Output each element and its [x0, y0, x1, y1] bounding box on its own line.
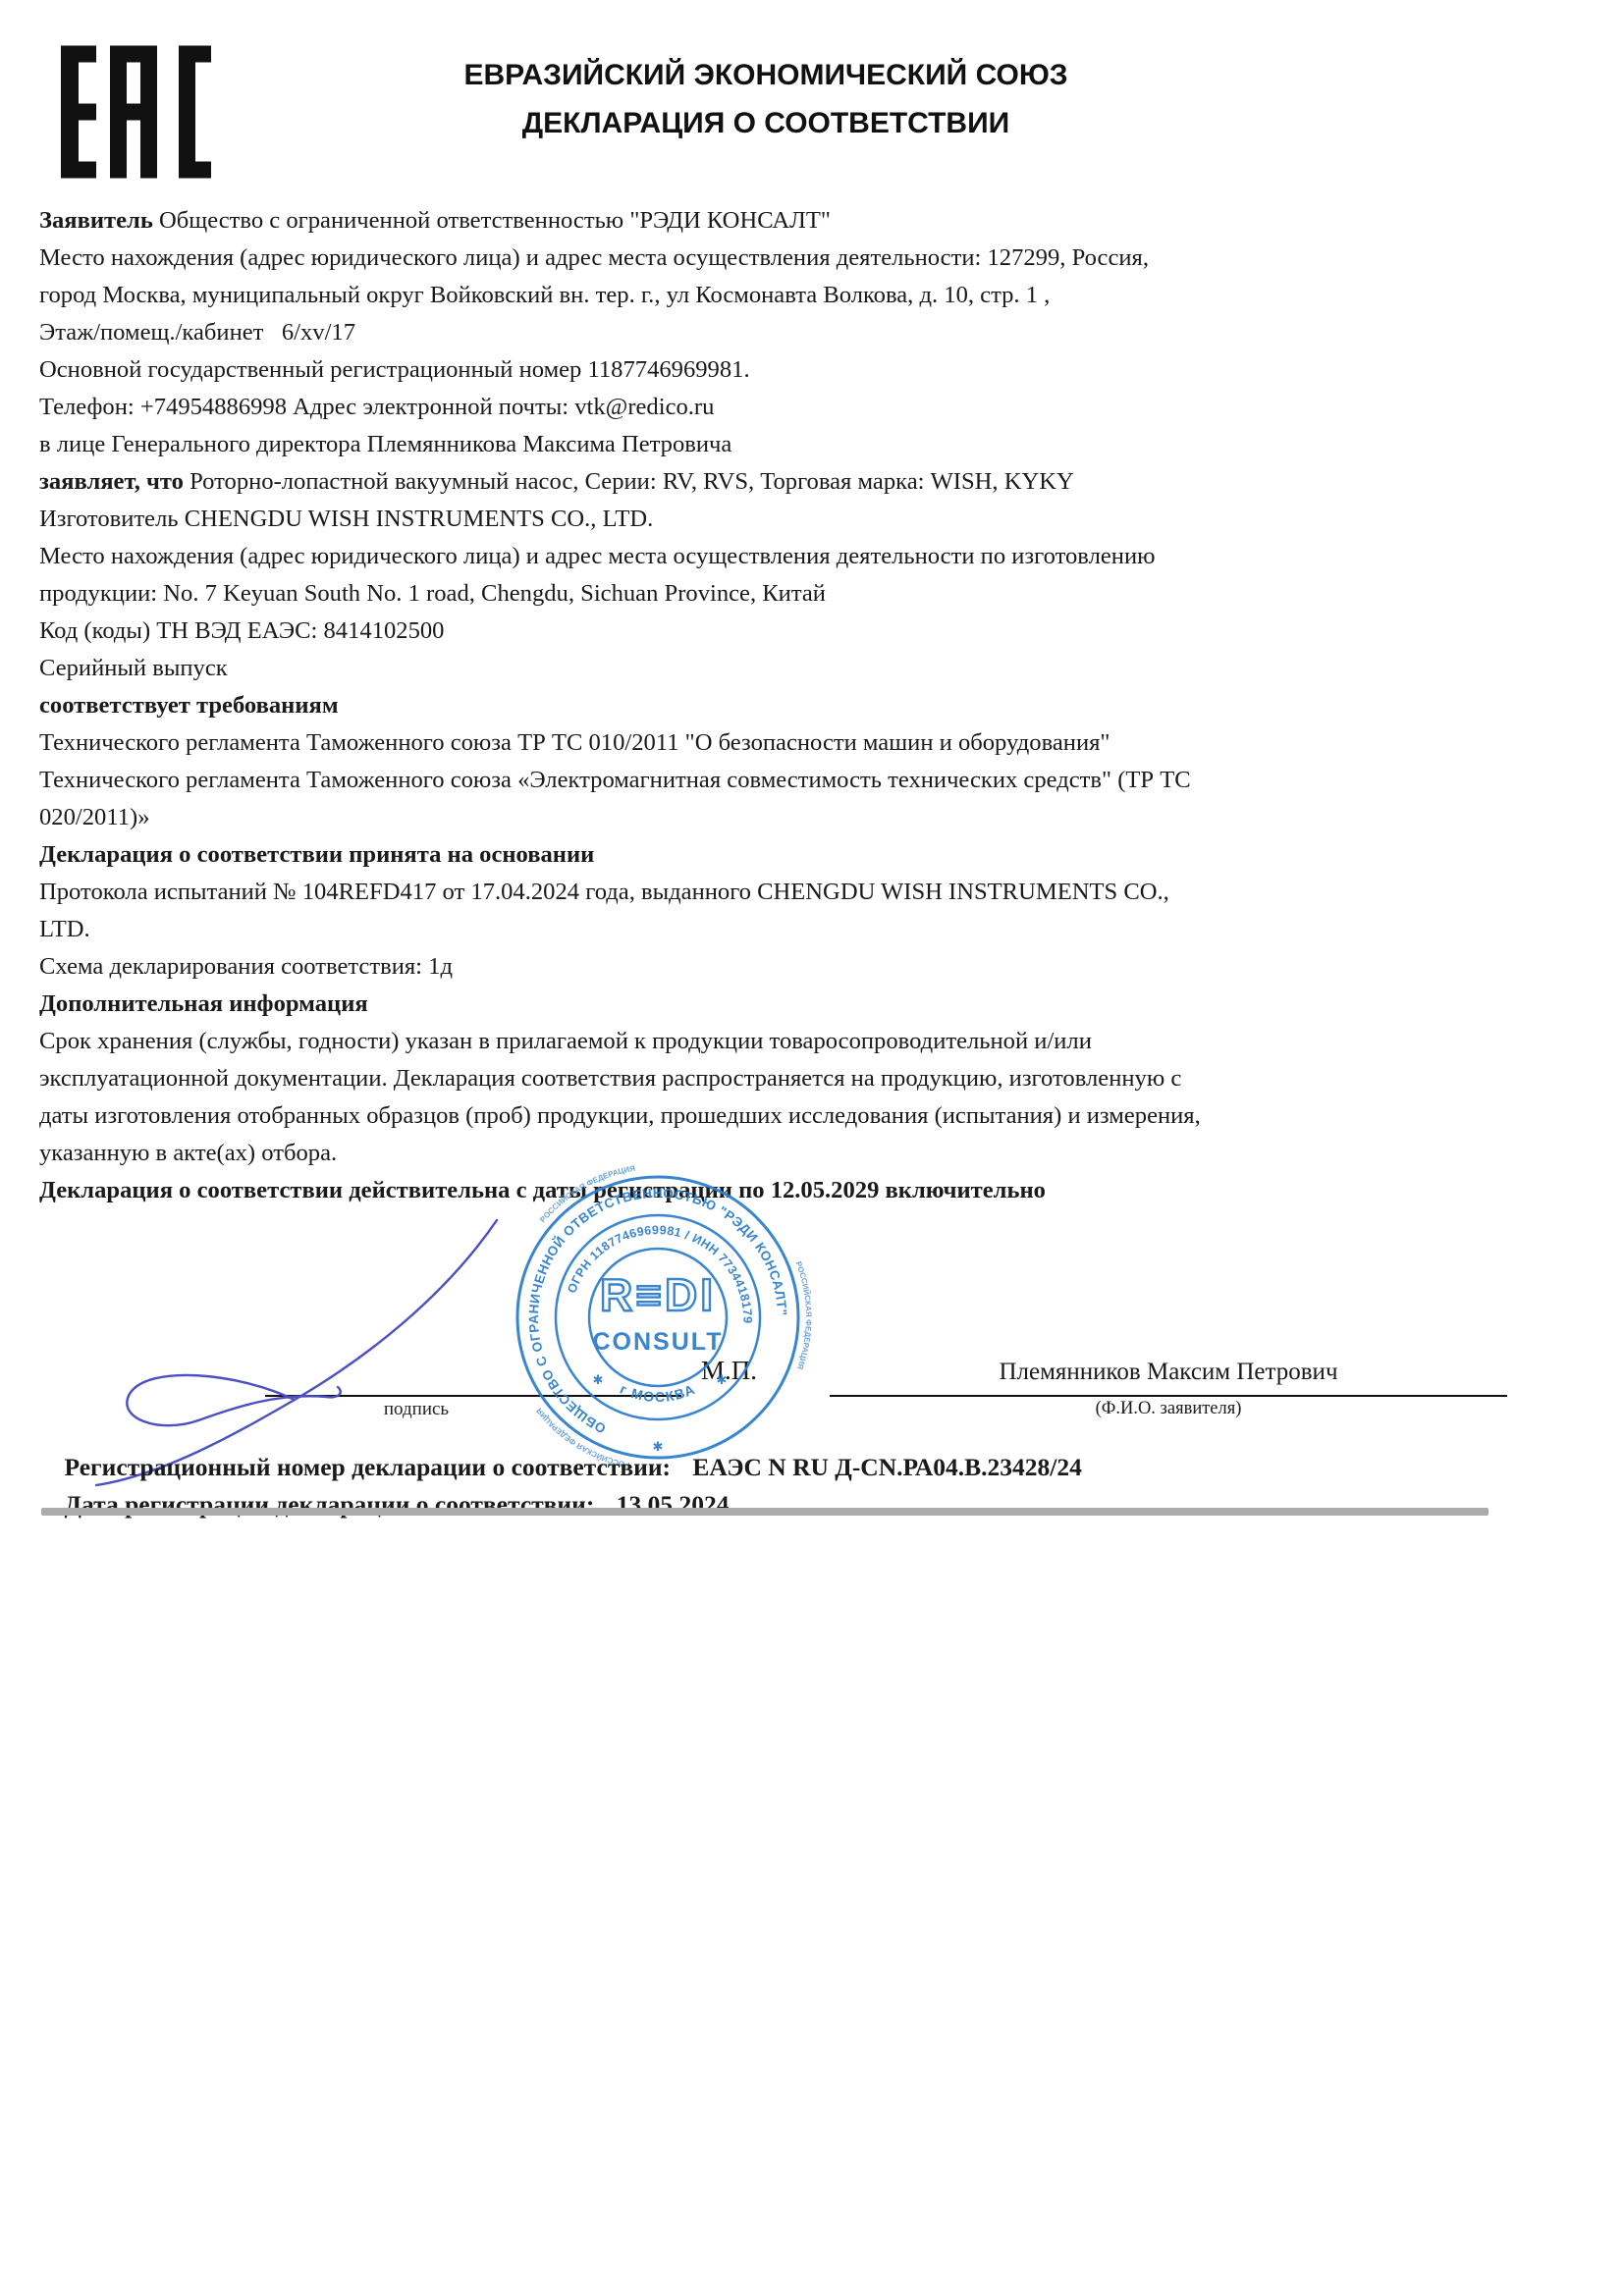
body-line: в лице Генерального директора Племяннико… [39, 426, 1571, 463]
body-line-text: эксплуатационной документации. Деклараци… [39, 1065, 1181, 1092]
body-line: Серийный выпуск [39, 650, 1571, 687]
body-line-text: город Москва, муниципальный округ Войков… [39, 282, 1050, 308]
body-line-lead: Дополнительная информация [39, 990, 368, 1017]
declaration-document: ЕВРАЗИЙСКИЙ ЭКОНОМИЧЕСКИЙ СОЮЗ ДЕКЛАРАЦИ… [0, 0, 1624, 2296]
body-line: LTD. [39, 911, 1571, 948]
body-line-text: Протокола испытаний № 104REFD417 от 17.0… [39, 879, 1169, 905]
body-line: заявляет, что Роторно-лопастной вакуумны… [39, 463, 1571, 501]
body-line: Этаж/помещ./кабинет 6/xv/17 [39, 314, 1571, 351]
body-line-text: Телефон: +74954886998 Адрес электронной … [39, 394, 714, 420]
stamp-city-text: г МОСКВА [618, 1381, 698, 1406]
star-glyph: ✱ [593, 1372, 604, 1387]
body-line-text: Серийный выпуск [39, 655, 228, 681]
body-line: Телефон: +74954886998 Адрес электронной … [39, 389, 1571, 426]
body-line-lead: соответствует требованиям [39, 692, 339, 719]
stamp-outer-ring-text: РОССИЙСКАЯ ФЕДЕРАЦИЯ [794, 1260, 814, 1371]
applicant-name-line [830, 1395, 1507, 1397]
body-line-text: Технического регламента Таможенного союз… [39, 729, 1110, 756]
body-line: Схема декларирования соответствия: 1д [39, 948, 1571, 986]
stamp-logo-redi: R≡DI [600, 1269, 716, 1320]
document-body: Заявитель Общество с ограниченной ответс… [39, 202, 1571, 1209]
body-line: Протокола испытаний № 104REFD417 от 17.0… [39, 874, 1571, 911]
body-line-text: Общество с ограниченной ответственностью… [153, 207, 831, 234]
title-line-declaration: ДЕКЛАРАЦИЯ О СООТВЕТСТВИИ [118, 99, 1414, 147]
bottom-divider [41, 1508, 1489, 1516]
body-line: город Москва, муниципальный округ Войков… [39, 277, 1571, 314]
star-glyph: ✱ [717, 1372, 728, 1387]
body-line-text: Место нахождения (адрес юридического лиц… [39, 244, 1149, 271]
body-line: соответствует требованиям [39, 687, 1571, 724]
body-line: Срок хранения (службы, годности) указан … [39, 1023, 1571, 1060]
body-line-text: Этаж/помещ./кабинет 6/xv/17 [39, 319, 355, 346]
body-line: Технического регламента Таможенного союз… [39, 724, 1571, 762]
body-line-text: Код (коды) ТН ВЭД ЕАЭС: 8414102500 [39, 617, 444, 644]
registration-date-line: Дата регистрации декларации о соответств… [39, 1461, 729, 1549]
body-line-text: Технического регламента Таможенного союз… [39, 767, 1191, 793]
body-line-text: Схема декларирования соответствия: 1д [39, 953, 453, 980]
registration-number-value: ЕАЭС N RU Д-CN.РА04.В.23428/24 [692, 1453, 1081, 1481]
body-line-text: Основной государственный регистрационный… [39, 356, 750, 383]
body-line-text: Изготовитель CHENGDU WISH INSTRUMENTS CO… [39, 506, 653, 532]
body-line: эксплуатационной документации. Деклараци… [39, 1060, 1571, 1097]
body-line: Технического регламента Таможенного союз… [39, 762, 1571, 799]
document-title: ЕВРАЗИЙСКИЙ ЭКОНОМИЧЕСКИЙ СОЮЗ ДЕКЛАРАЦИ… [118, 51, 1414, 147]
applicant-name-caption: (Ф.И.О. заявителя) [830, 1399, 1507, 1419]
body-line: Место нахождения (адрес юридического лиц… [39, 538, 1571, 575]
body-line: даты изготовления отобранных образцов (п… [39, 1097, 1571, 1135]
body-line: Декларация о соответствии принята на осн… [39, 836, 1571, 874]
body-line-text: Место нахождения (адрес юридического лиц… [39, 543, 1155, 569]
body-line-text: даты изготовления отобранных образцов (п… [39, 1102, 1201, 1129]
body-line-lead: Декларация о соответствии принята на осн… [39, 841, 594, 868]
body-line-lead: Заявитель [39, 207, 153, 234]
body-line-text: продукции: No. 7 Keyuan South No. 1 road… [39, 580, 826, 607]
body-line-text: Роторно-лопастной вакуумный насос, Серии… [184, 468, 1074, 495]
body-line-text: 020/2011)» [39, 804, 150, 830]
title-line-union: ЕВРАЗИЙСКИЙ ЭКОНОМИЧЕСКИЙ СОЮЗ [118, 51, 1414, 99]
body-line: Изготовитель CHENGDU WISH INSTRUMENTS CO… [39, 501, 1571, 538]
body-line-text: LTD. [39, 916, 90, 942]
body-line: Дополнительная информация [39, 986, 1571, 1023]
stamp-logo-consult: CONSULT [593, 1328, 724, 1356]
body-line-text: Срок хранения (службы, годности) указан … [39, 1028, 1092, 1054]
body-line-text: в лице Генерального директора Племяннико… [39, 431, 731, 457]
body-line: продукции: No. 7 Keyuan South No. 1 road… [39, 575, 1571, 613]
body-line: 020/2011)» [39, 799, 1571, 836]
body-line: Место нахождения (адрес юридического лиц… [39, 240, 1571, 277]
body-line-lead: заявляет, что [39, 468, 184, 495]
applicant-name: Племянников Максим Петрович [830, 1359, 1507, 1386]
body-line: Заявитель Общество с ограниченной ответс… [39, 202, 1571, 240]
body-line: Код (коды) ТН ВЭД ЕАЭС: 8414102500 [39, 613, 1571, 650]
body-line: Основной государственный регистрационный… [39, 351, 1571, 389]
body-line-text: указанную в акте(ах) отбора. [39, 1140, 337, 1166]
